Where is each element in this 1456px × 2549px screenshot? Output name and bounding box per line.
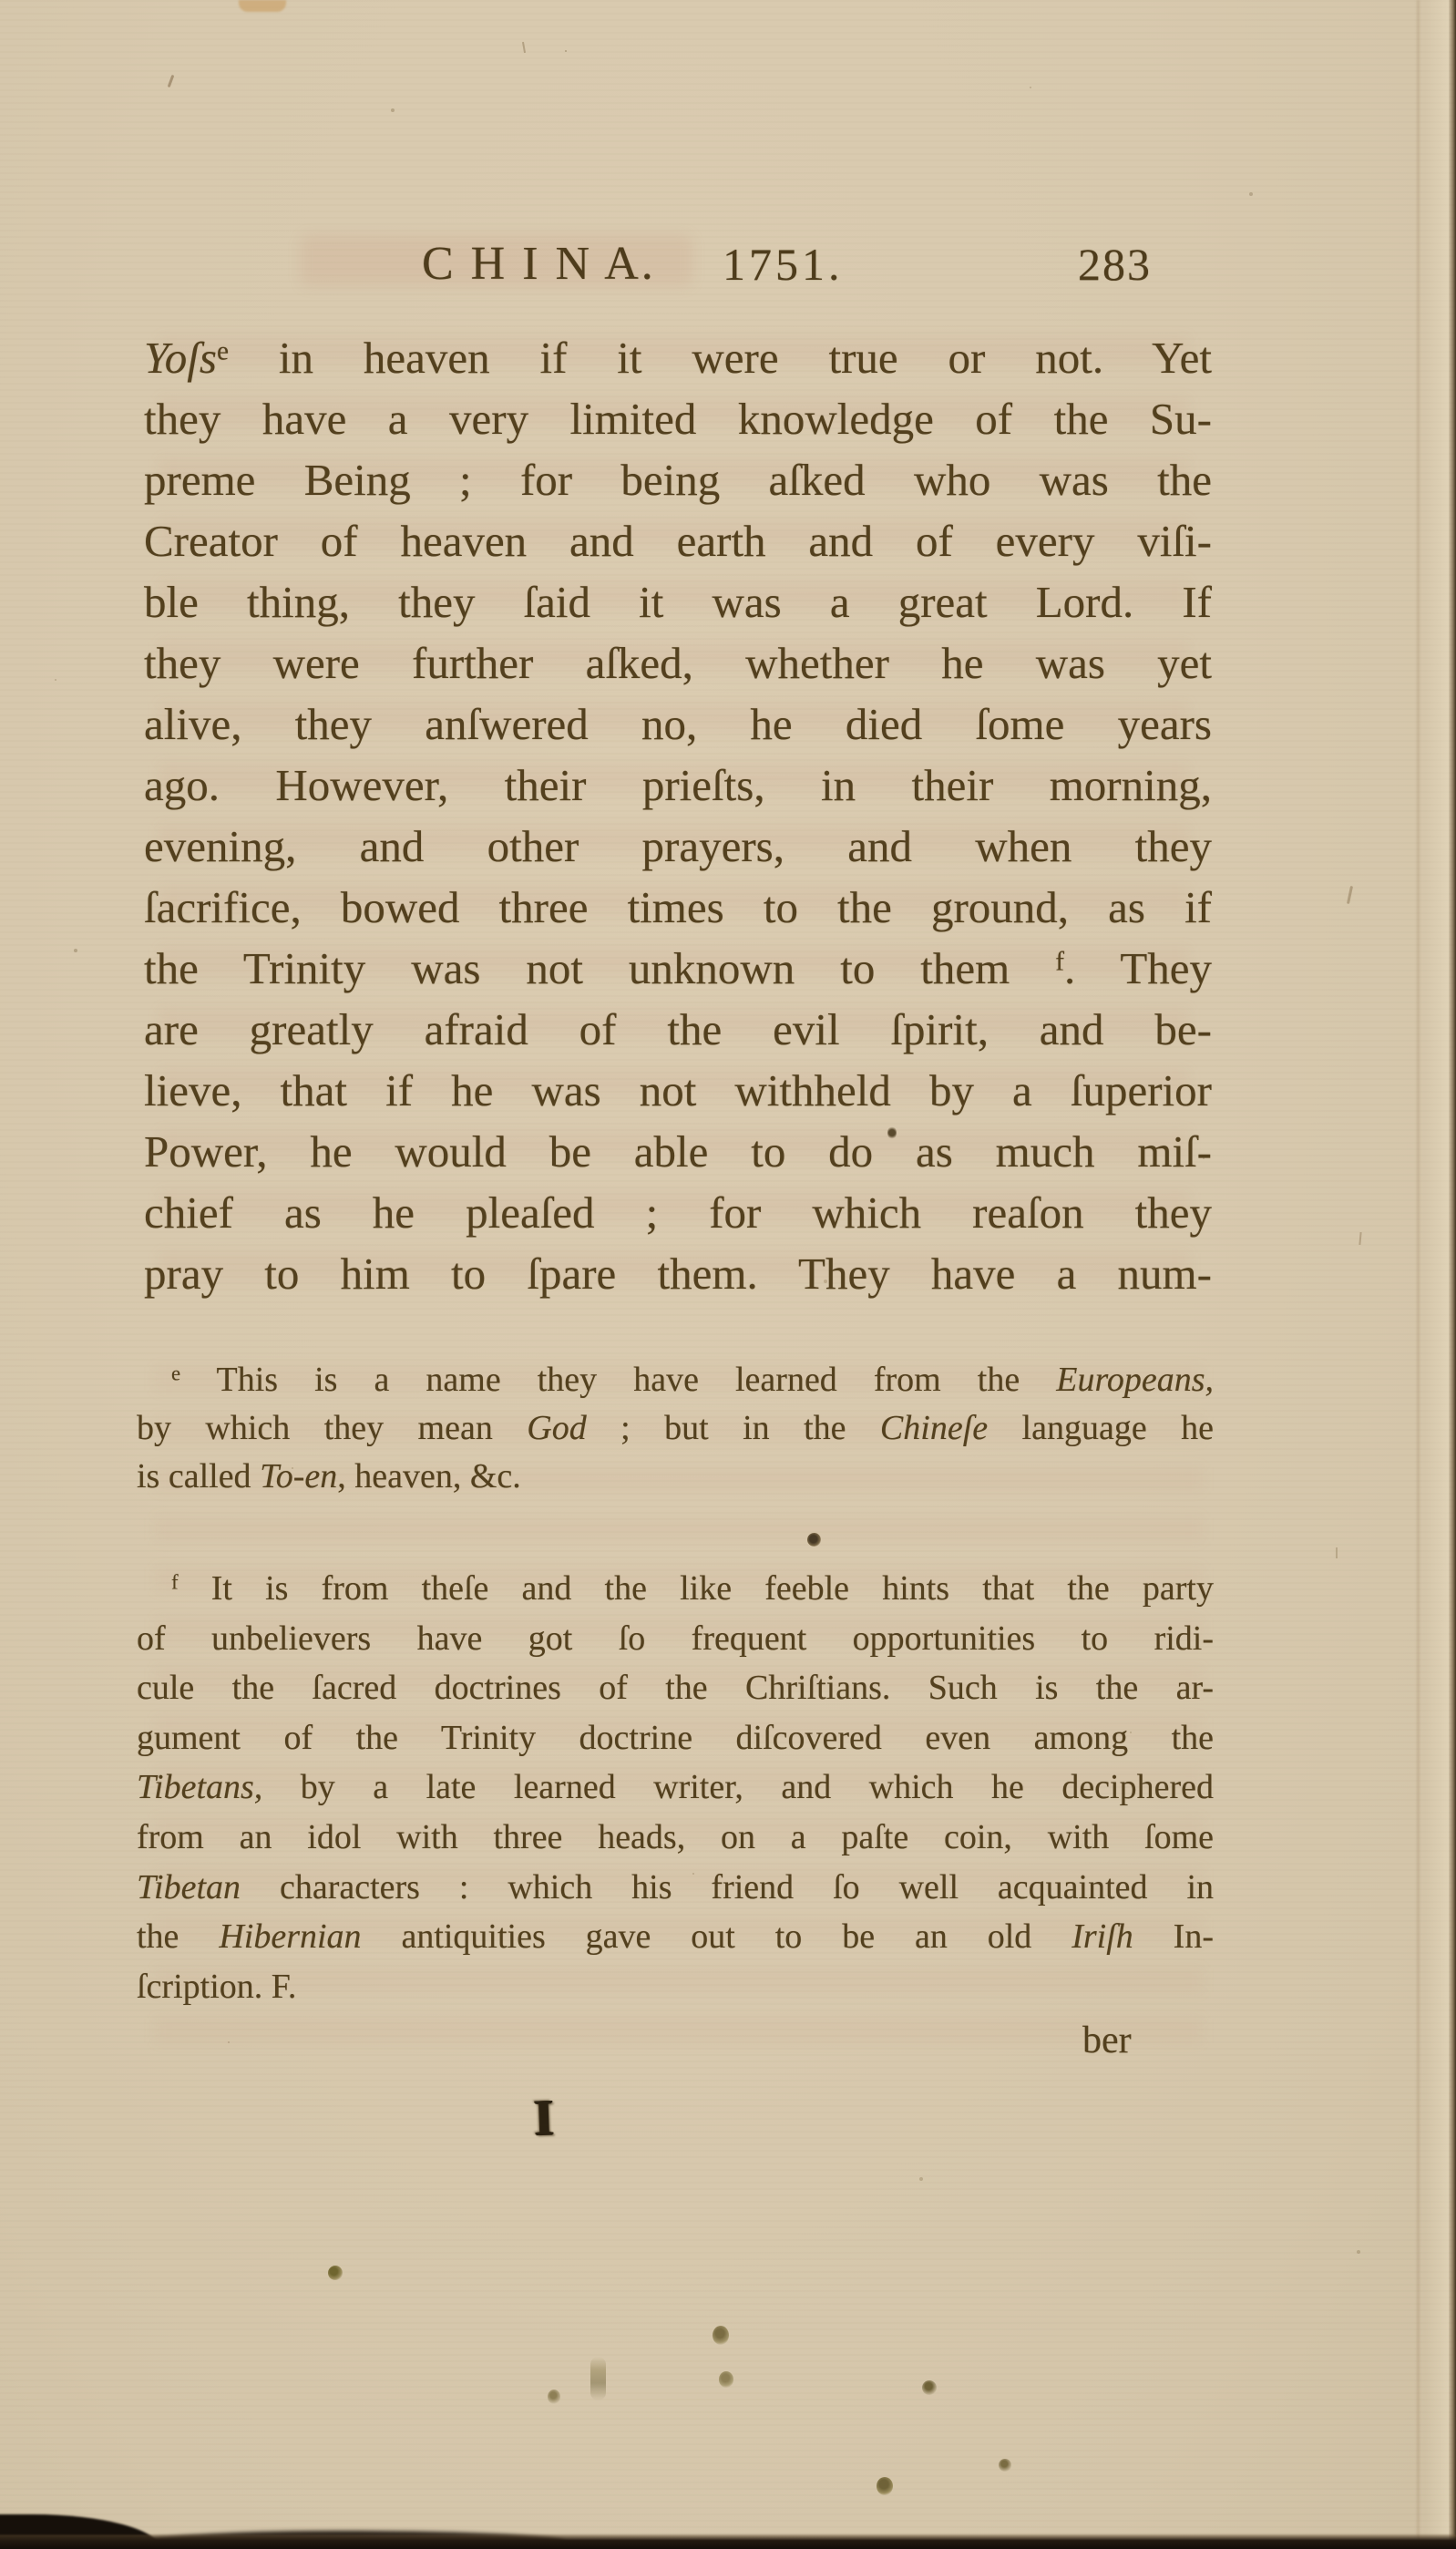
footnote-line: Tibetans, by a late learned writer, and …	[137, 1763, 1214, 1813]
paper-blemish	[239, 0, 286, 12]
footnote-text: by which they mean	[137, 1409, 527, 1447]
running-header-title: C H I N A.	[422, 239, 656, 290]
body-line: are greatly afraid of the evil ſpirit, a…	[144, 999, 1212, 1060]
body-line: alive, they anſwered no, he died ſome ye…	[144, 694, 1212, 755]
body-line: chief as he pleaſed ; for which reaſon t…	[144, 1182, 1212, 1243]
italic-word: Europeans,	[1056, 1361, 1214, 1399]
footnote-marker-f: f	[1055, 947, 1064, 976]
italic-word: Tibetans,	[137, 1768, 262, 1806]
footnote-text: It is from theſe and the like feeble hin…	[179, 1569, 1214, 1608]
paper-stain	[328, 2266, 343, 2280]
body-line: the Trinity was not unknown to them f. T…	[144, 938, 1212, 999]
page-edge-shadow	[1449, 0, 1456, 2549]
footnote-f-marker: f	[171, 1571, 179, 1594]
catchword: ber	[1082, 2018, 1132, 2063]
italic-word: God	[527, 1409, 586, 1447]
page-edge-highlight	[1425, 0, 1449, 2549]
body-text-block: Yoſse in heaven if it were true or not. …	[144, 327, 1212, 1304]
ink-speck	[168, 75, 175, 87]
page-number: 283	[1078, 239, 1152, 290]
footnote-text: , heaven, &c.	[337, 1457, 521, 1495]
footnote-line: gument of the Trinity doctrine diſcovere…	[137, 1713, 1214, 1763]
footnote-text: the	[137, 1917, 219, 1956]
ink-speck	[1336, 1547, 1338, 1558]
page-crease	[1417, 0, 1420, 2549]
body-line: they have a very limited knowledge of th…	[144, 388, 1212, 449]
body-line: preme Being ; for being aſked who was th…	[144, 449, 1212, 510]
italic-word: Hibernian	[219, 1917, 361, 1956]
body-line: Yoſse in heaven if it were true or not. …	[144, 327, 1212, 388]
ink-speck	[1359, 1232, 1361, 1245]
body-line: evening, and other prayers, and when the…	[144, 816, 1212, 877]
footnote-text: language he	[988, 1409, 1214, 1447]
italic-word: To-en	[260, 1457, 337, 1495]
body-line: lieve, that if he was not withheld by a …	[144, 1060, 1212, 1121]
ink-blot	[807, 1533, 821, 1547]
paper-stain	[590, 2357, 606, 2400]
running-header-year: 1751.	[723, 239, 844, 290]
footnote-line: by which they mean God ; but in the Chin…	[137, 1404, 1214, 1453]
footnote-text: antiquities gave out to be an old	[362, 1917, 1072, 1956]
body-line-text: the Trinity was not unknown to them	[144, 943, 1055, 993]
footnote-f-block: f It is from theſe and the like feeble h…	[137, 1564, 1214, 2011]
footnote-e-marker: e	[171, 1362, 180, 1385]
footnote-text: is called	[137, 1457, 260, 1495]
body-line: pray to him to ſpare them. They have a n…	[144, 1243, 1212, 1304]
footnote-text: by a late learned writer, and which he d…	[262, 1768, 1214, 1806]
paper-stain	[922, 2380, 937, 2395]
body-line: ago. However, their prieſts, in their mo…	[144, 755, 1212, 816]
footnote-marker-e: e	[217, 336, 229, 365]
footnote-line: is called To-en, heaven, &c.	[137, 1453, 1214, 1501]
italic-word: Iriſh	[1071, 1917, 1133, 1956]
footnote-text: ; but in the	[587, 1409, 880, 1447]
paper-stain	[713, 2326, 729, 2345]
body-line: Power, he would be able to do as much mi…	[144, 1121, 1212, 1182]
ink-speck	[1347, 886, 1353, 904]
footnote-text: This is a name they have learned from th…	[180, 1361, 1056, 1399]
footnote-line: cule the ſacred doctrines of the Chriſti…	[137, 1663, 1214, 1713]
italic-word: Yoſs	[144, 333, 217, 383]
signature-mark: I	[533, 2089, 555, 2148]
paper-flecks	[0, 0, 2, 2]
italic-word: Tibetan	[137, 1868, 241, 1907]
footnote-text: characters : which his friend ſo well ac…	[241, 1868, 1214, 1907]
body-line: they were further aſked, whether he was …	[144, 632, 1212, 694]
paper-stain	[719, 2371, 733, 2388]
italic-word: Chineſe	[880, 1409, 988, 1447]
footnote-line: ſcription. F.	[137, 1962, 1214, 2012]
body-line: ſacrifice, bowed three times to the grou…	[144, 877, 1212, 938]
ink-speck	[522, 42, 526, 53]
footnote-line: from an idol with three heads, on a paſt…	[137, 1813, 1214, 1863]
body-line: Creator of heaven and earth and of every…	[144, 510, 1212, 571]
footnote-line: e This is a name they have learned from …	[137, 1356, 1214, 1404]
paper-stain	[548, 2390, 560, 2404]
footnote-text: In-	[1133, 1917, 1214, 1956]
paper-stain	[877, 2477, 893, 2495]
book-page-scan: C H I N A. 1751. 283 Yoſse in heaven if …	[0, 0, 1456, 2549]
body-line: ble thing, they ſaid it was a great Lord…	[144, 571, 1212, 632]
footnote-line: f It is from theſe and the like feeble h…	[137, 1564, 1214, 1614]
scan-edge-shadow	[0, 2534, 1456, 2549]
footnote-line: of unbelievers have got ſo frequent oppo…	[137, 1614, 1214, 1664]
paper-stain	[999, 2459, 1011, 2472]
body-line-text: in heaven if it were true or not. Yet	[229, 333, 1212, 383]
footnote-line: Tibetan characters : which his friend ſo…	[137, 1863, 1214, 1913]
footnote-e-block: e This is a name they have learned from …	[137, 1356, 1214, 1501]
footnote-line: the Hibernian antiquities gave out to be…	[137, 1912, 1214, 1962]
body-line-text: . They	[1064, 943, 1212, 993]
